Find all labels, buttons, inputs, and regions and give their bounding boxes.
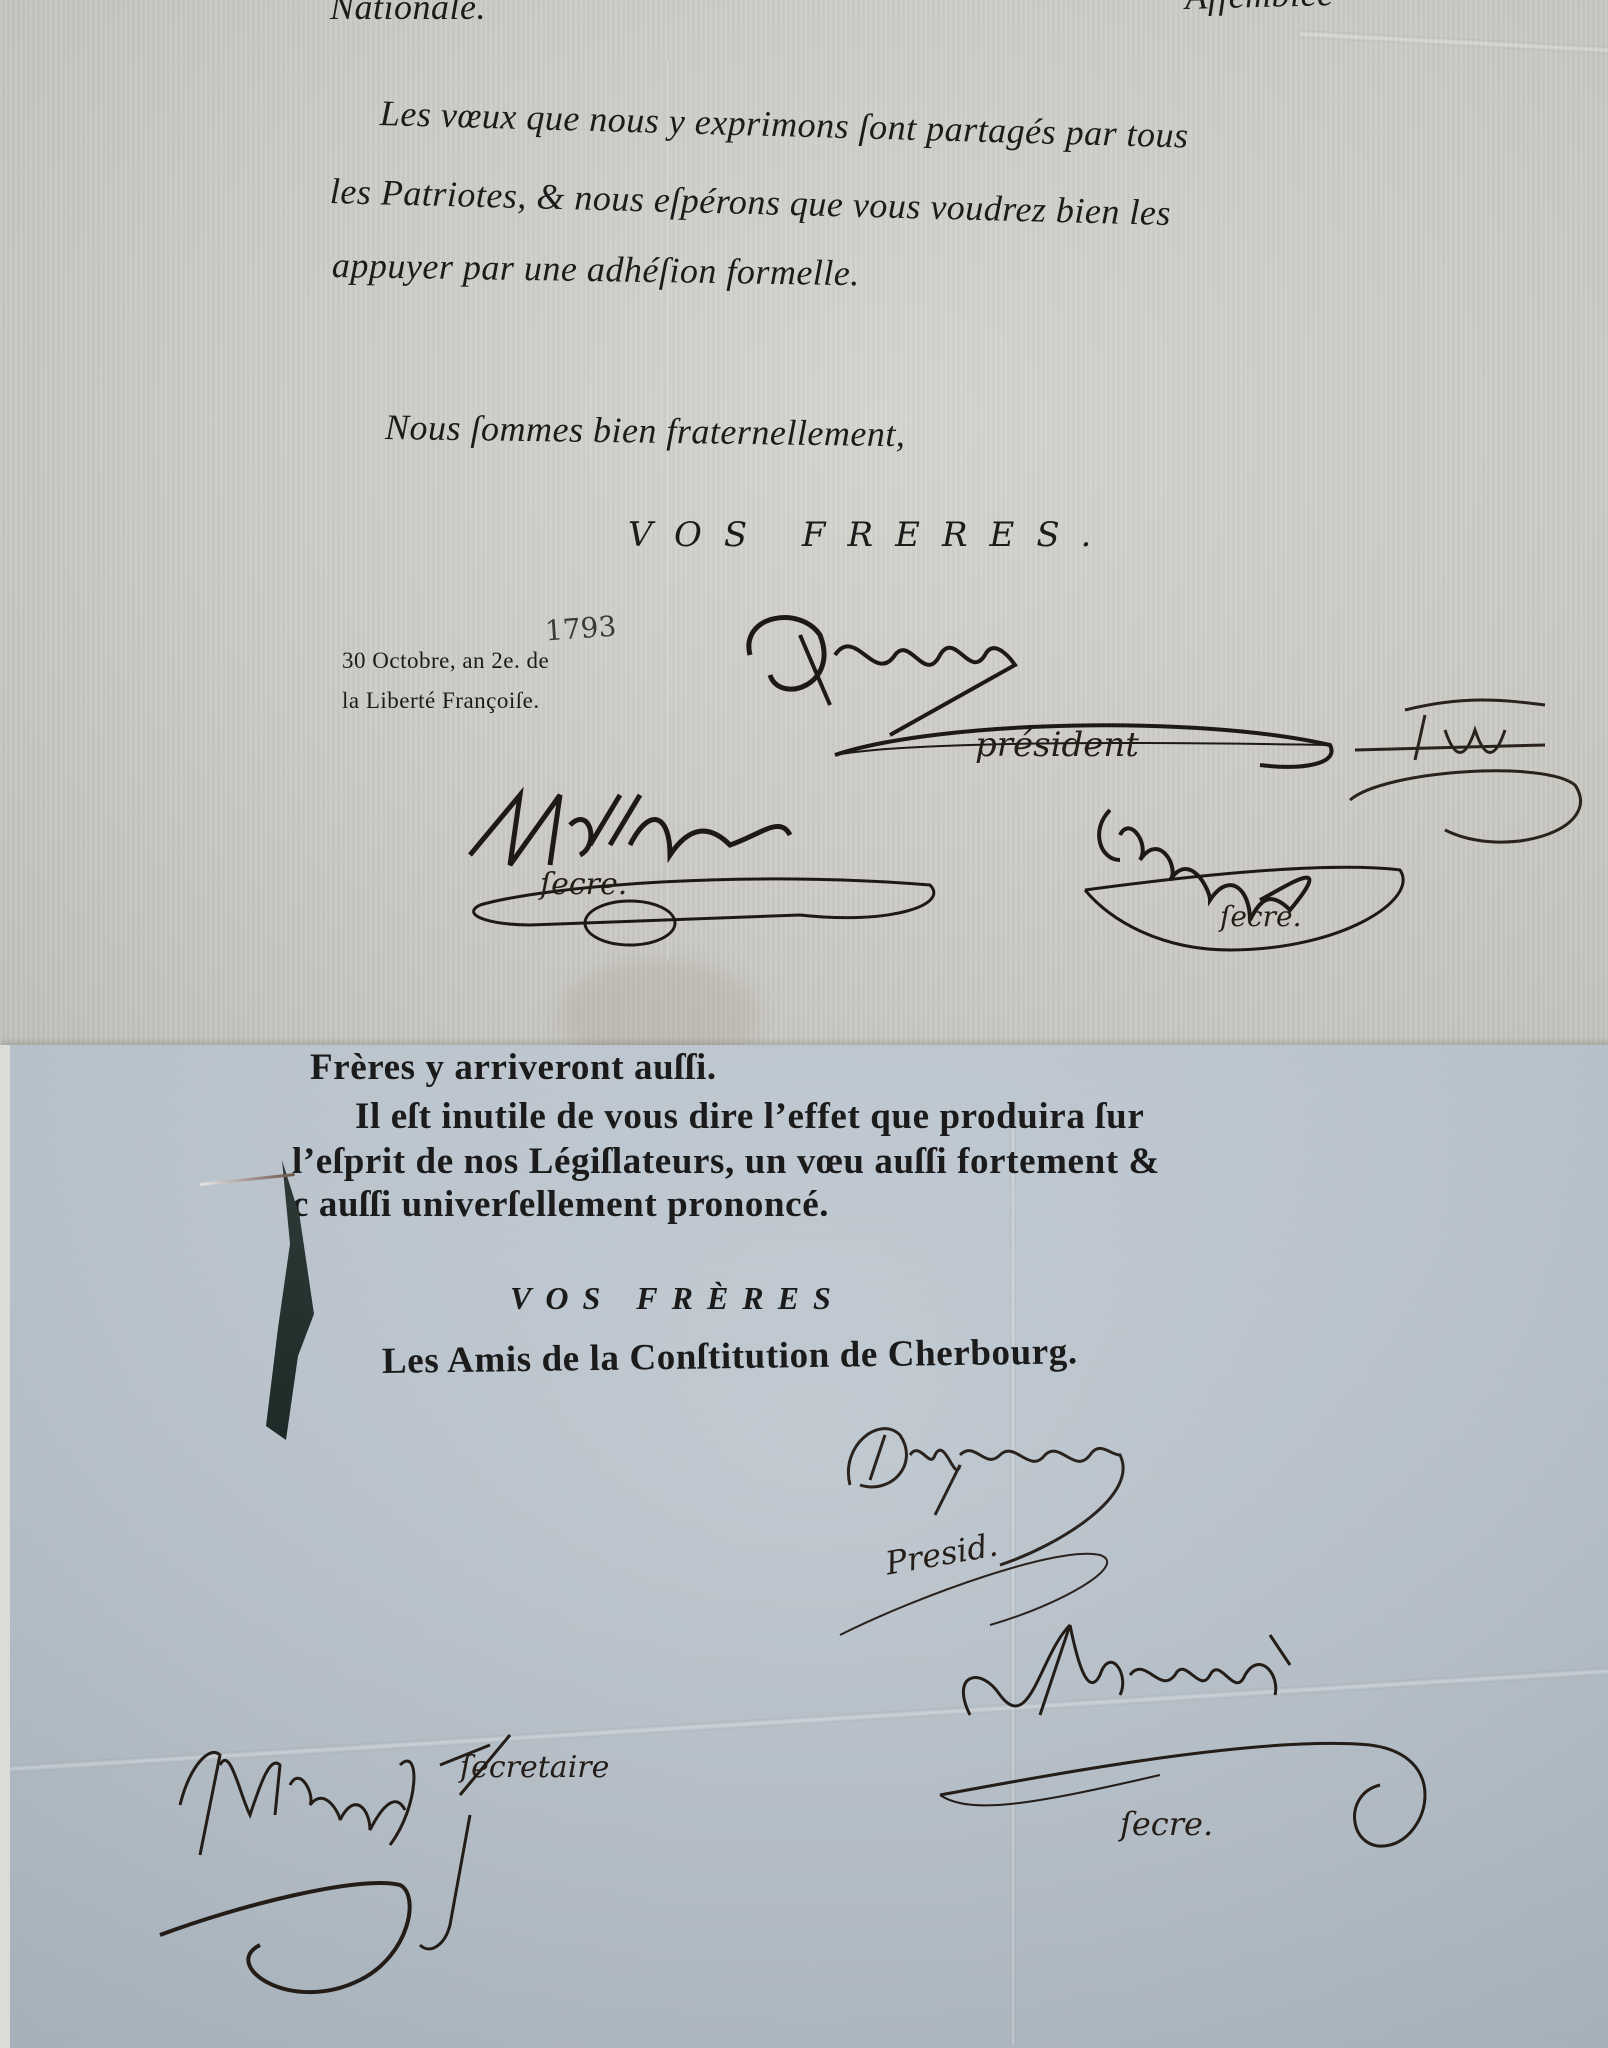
signature-mangeot: ſecre. Mangeot <box>930 1615 1460 1915</box>
text-line: appuyer par une adhéſion formelle. <box>332 244 861 294</box>
date-annotation: 1793 <box>544 610 617 648</box>
top-document-fragment: Nationale. Aſſemblée Les vœux que nous y… <box>0 0 1608 1050</box>
closing-vos-freres: VOS FRERES. <box>628 515 1113 555</box>
paper-stain <box>560 960 760 1050</box>
closing-vos-freres: VOS FRÈRES <box>510 1280 845 1317</box>
signature-title: ſecretaire <box>460 1750 609 1785</box>
text-line: c auſſi univerſellement prononcé. <box>292 1183 829 1226</box>
society-name: Les Amis de la Conſtitution de Cherbourg… <box>382 1330 1078 1383</box>
text-line: Nationale. <box>330 0 486 28</box>
text-line: l’eſprit de nos Légiſlateurs, un vœu auſ… <box>292 1140 1160 1183</box>
text-line: Il eſt inutile de vous dire l’effet que … <box>355 1095 1144 1138</box>
signature-title: ſecre. <box>540 867 627 902</box>
signature-mortimer: ſecre. Mortimer <box>450 775 950 945</box>
bottom-document-fragment: Frères y arriveront auſſi. Il eſt inutil… <box>0 1045 1608 2048</box>
text-line: Nous ſommes bien fraternellement, <box>385 406 906 455</box>
signature-rouhier: ſecre. Rouhier <box>1080 790 1420 960</box>
text-line: les Patriotes, & nous eſpérons que vous … <box>329 170 1171 234</box>
date-line: 30 Octobre, an 2e. de <box>342 648 549 674</box>
text-line: Aſſemblée <box>1184 0 1333 18</box>
date-line: la Liberté Françoiſe. <box>342 688 540 714</box>
signature-title: président <box>975 725 1139 765</box>
signature-title: ſecre. <box>1120 1805 1213 1843</box>
text-line: Les vœux que nous y exprimons ſont parta… <box>379 92 1189 157</box>
signature-title: ſecre. <box>1220 900 1301 933</box>
paper-fold <box>1300 30 1608 55</box>
signature-mauvel: ſecretaire Mauvel <box>160 1705 700 2005</box>
signature-dupuy: président Dupuy <box>740 595 1360 795</box>
text-line: Frères y arriveront auſſi. <box>310 1046 717 1089</box>
signature-duperrau: Presid. Duperrau <box>840 1405 1180 1625</box>
